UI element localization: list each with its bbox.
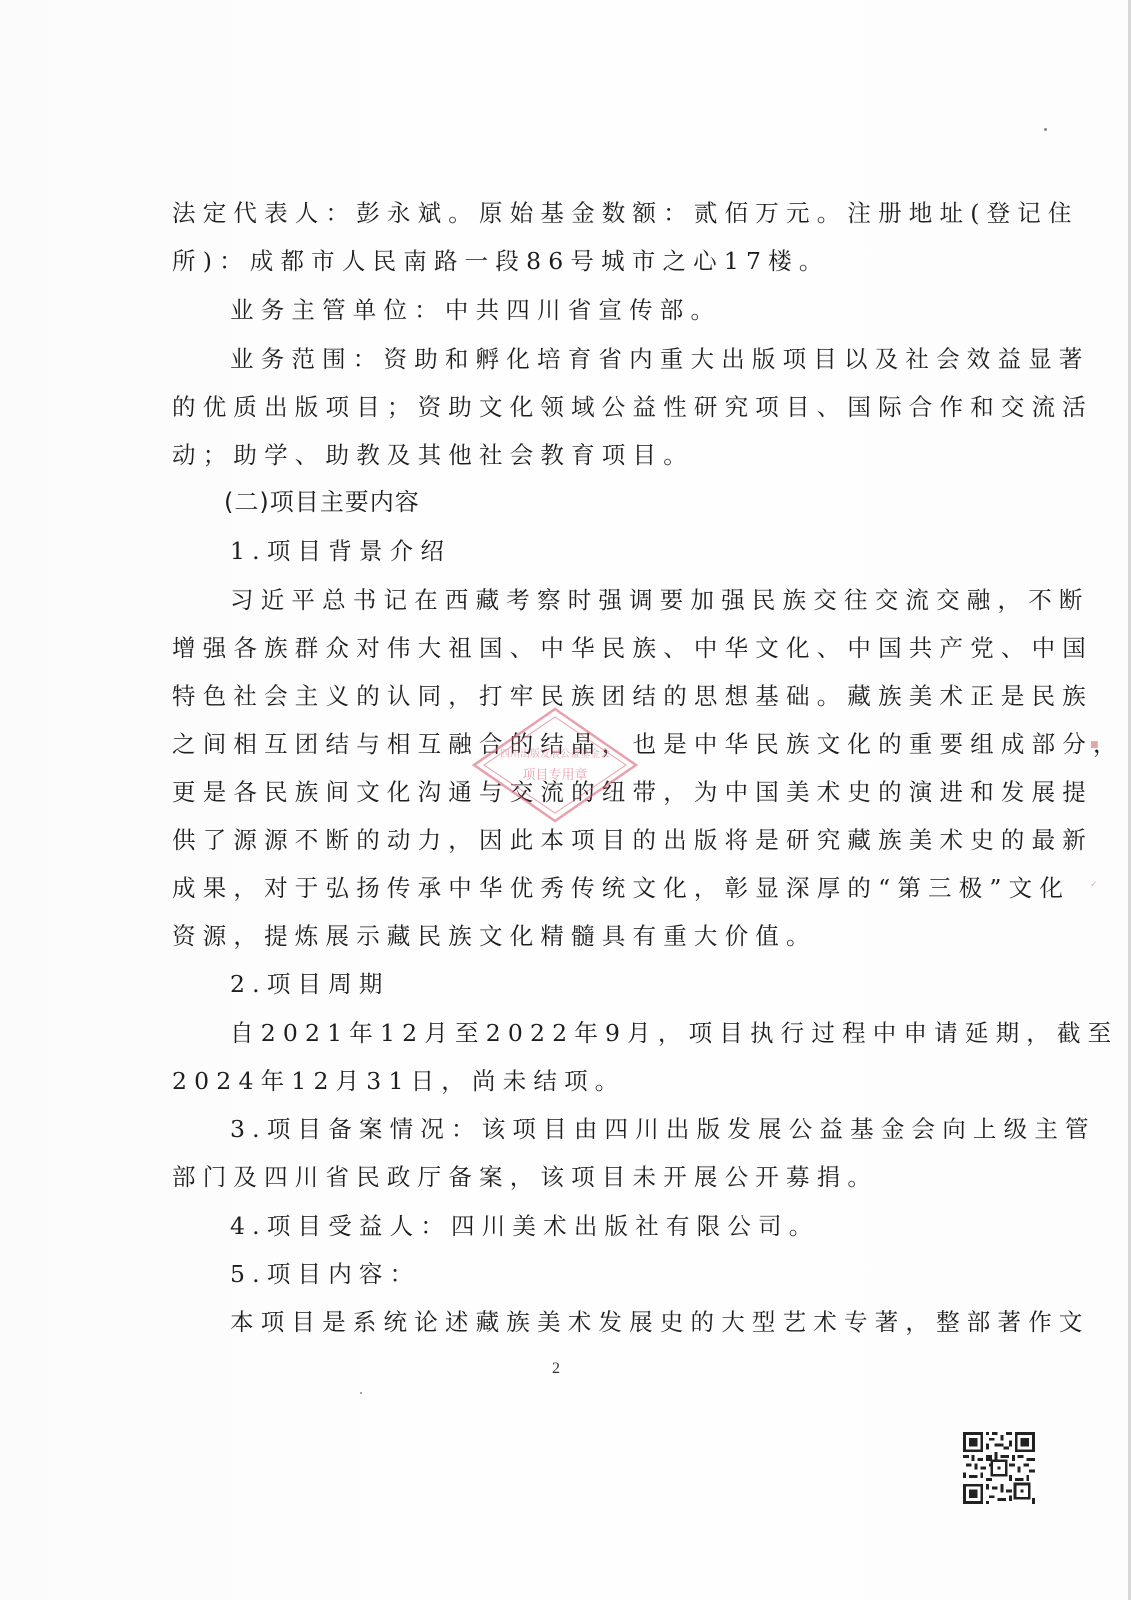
text-line: 业务范围：资助和孵化培育省内重大出版项目以及社会效益显著 bbox=[230, 341, 1090, 377]
scan-speck bbox=[1044, 128, 1047, 131]
text-line: 习近平总书记在西藏考察时强调要加强民族交往交流交融，不断 bbox=[230, 582, 1090, 618]
subsection-title: 2.项目周期 bbox=[230, 966, 390, 1002]
text-line: 供了源源不断的动力，因此本项目的出版将是研究藏族美术史的最新 bbox=[172, 822, 1093, 858]
text-line: 所)：成都市人民南路一段86号城市之心17楼。 bbox=[172, 243, 830, 279]
subsection-title: 5.项目内容： bbox=[230, 1256, 420, 1292]
text-line: 的优质出版项目；资助文化领域公益性研究项目、国际合作和交流活 bbox=[172, 389, 1093, 425]
page-number: 2 bbox=[552, 1360, 560, 1378]
document-page: ■ ✓ 法定代表人：彭永斌。原始基金数额：贰佰万元。注册地址(登记住 所)：成都… bbox=[0, 0, 1131, 1600]
text-line: 2024年12月31日，尚未结项。 bbox=[172, 1063, 626, 1099]
text-line: 成果，对于弘扬传承中华优秀传统文化，彰显深厚的“第三极”文化 bbox=[172, 870, 1070, 906]
section-heading: (二)项目主要内容 bbox=[224, 484, 420, 520]
text-line: 4.项目受益人：四川美术出版社有限公司。 bbox=[230, 1208, 819, 1244]
text-line: 资源，提炼展示藏民族文化精髓具有重大价值。 bbox=[172, 918, 817, 954]
text-line: 更是各民族间文化沟通与交流的纽带，为中国美术史的演进和发展提 bbox=[172, 774, 1093, 810]
text-line: 法定代表人：彭永斌。原始基金数额：贰佰万元。注册地址(登记住 bbox=[172, 195, 1079, 231]
text-line: 增强各族群众对伟大祖国、中华民族、中华文化、中国共产党、中国 bbox=[172, 630, 1093, 666]
text-line: 业务主管单位：中共四川省宣传部。 bbox=[230, 292, 721, 328]
text-line: 部门及四川省民政厅备案，该项目未开展公开募捐。 bbox=[172, 1159, 878, 1195]
text-line: 之间相互团结与相互融合的结晶，也是中华民族文化的重要组成部分， bbox=[172, 726, 1124, 762]
text-line: 动；助学、助教及其他社会教育项目。 bbox=[172, 437, 694, 473]
text-line: 特色社会主义的认同，打牢民族团结的思想基础。藏族美术正是民族 bbox=[172, 678, 1093, 714]
margin-stamp-fragment: ✓ bbox=[1090, 880, 1098, 890]
text-line: 自2021年12月至2022年9月，项目执行过程中申请延期，截至 bbox=[230, 1015, 1118, 1051]
text-line: 3.项目备案情况：该项目由四川出版发展公益基金会向上级主管 bbox=[230, 1111, 1096, 1147]
text-line: 本项目是系统论述藏族美术发展史的大型艺术专著，整部著作文 bbox=[230, 1304, 1090, 1340]
scan-speck bbox=[360, 1392, 362, 1394]
qr-code bbox=[963, 1432, 1035, 1504]
subsection-title: 1.项目背景介绍 bbox=[230, 533, 451, 569]
